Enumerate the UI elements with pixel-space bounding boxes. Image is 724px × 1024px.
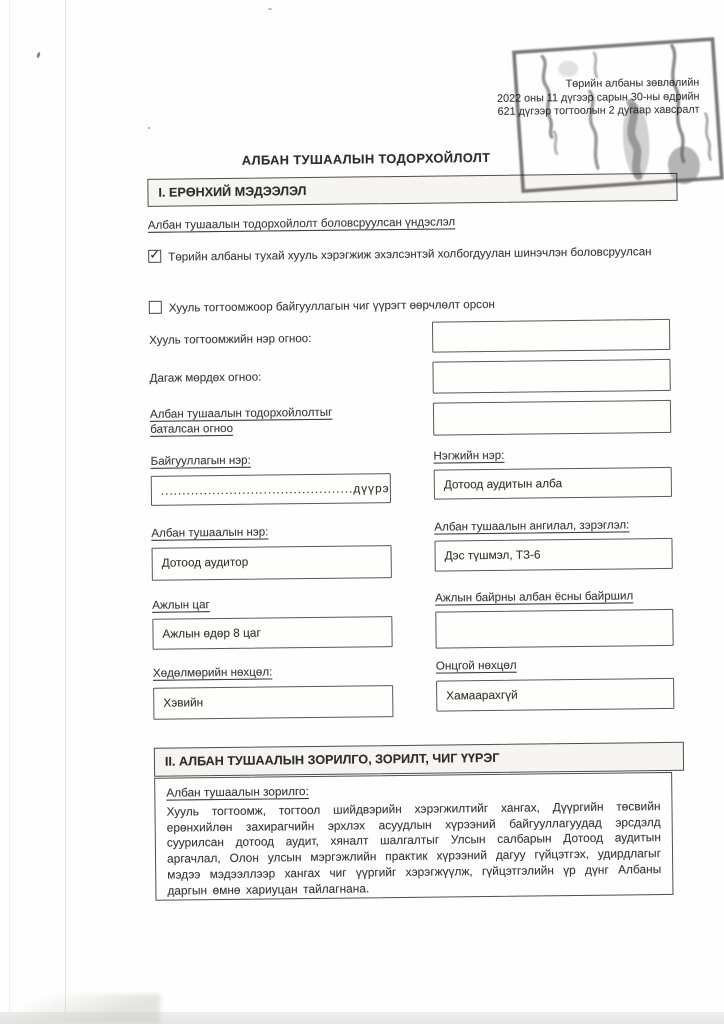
- field-box-classification: Дэс түшмэл, ТЗ-6: [434, 538, 672, 572]
- stamp-graphic: [508, 29, 724, 211]
- field-label-classification: Албан тушаалын ангилал, зэрэглэл:: [434, 517, 629, 534]
- field-box-org-name: ........................................…: [151, 473, 391, 506]
- checkbox-checked-icon: ✓: [148, 250, 161, 263]
- field-box-labor-conditions: Хэвийн: [153, 685, 393, 720]
- section-2-header: II. АЛБАН ТУШААЛЫН ЗОРИЛГО, ЗОРИЛТ, ЧИГ …: [154, 742, 684, 777]
- checkbox-label: Хууль тогтоомжоор байгууллагын чиг үүрэг…: [169, 298, 495, 315]
- field-label-org-name: Байгууллагын нэр:: [150, 453, 250, 469]
- field-box-work-hours: Ажлын өдөр 8 цаг: [152, 616, 392, 650]
- field-box-unit-name: Дотоод аудитын алба: [434, 467, 672, 500]
- field-label-approved-date: Албан тушаалын тодорхойлолтыг баталсан о…: [150, 404, 382, 437]
- field-label-special-conditions: Онцгой нөхцөл: [436, 658, 517, 674]
- field-label-law-name: Хууль тогтоомжийн нэр огноо:: [149, 331, 311, 348]
- page-title: АЛБАН ТУШААЛЫН ТОДОРХОЙЛОЛТ: [166, 149, 566, 169]
- checkbox-row-functions-changed: Хууль тогтоомжоор байгууллагын чиг үүрэг…: [149, 294, 654, 317]
- checkbox-row-renewed: ✓Төрийн албаны тухай хууль хэрэгжиж эхэл…: [148, 243, 653, 266]
- field-label-work-hours: Ажлын цаг: [152, 597, 210, 613]
- field-label-work-location: Ажлын байрны албан ёсны байршил: [435, 588, 633, 605]
- purpose-heading: Албан тушаалын зорилго:: [166, 780, 660, 800]
- field-box-follow-date: [432, 359, 670, 394]
- field-label-unit-name: Нэгжийн нэр:: [433, 448, 504, 464]
- field-label-position-name: Албан тушаалын нэр:: [151, 524, 268, 540]
- ink-stamp: [508, 29, 724, 211]
- scanned-document-page: Төрийн албаны зөвлөлийн 2022 оны 11 дүгэ…: [0, 0, 724, 1024]
- field-box-position-name: Дотоод аудитор: [152, 545, 392, 581]
- purpose-box: Албан тушаалын зорилго: Хууль тогтоомж, …: [154, 772, 673, 901]
- field-box-work-location: [435, 609, 673, 649]
- basis-heading: Албан тушаалын тодорхойлолт боловсруулса…: [148, 214, 455, 232]
- field-label-follow-date: Дагаж мөрдөх огноо:: [150, 370, 262, 386]
- field-box-special-conditions: Хамаарахгүй: [436, 678, 674, 712]
- checkbox-empty-icon: [149, 301, 162, 314]
- checkbox-label: Төрийн албаны тухай хууль хэрэгжиж эхэлс…: [168, 245, 651, 263]
- field-box-law-name: [432, 319, 670, 353]
- field-label-labor-conditions: Хөдөлмөрийн нөхцөл:: [153, 664, 272, 680]
- field-box-approved-date: [433, 400, 671, 436]
- purpose-text: Хууль тогтоомж, тогтоол шийдвэрийн хэрэг…: [166, 799, 661, 899]
- check-mark-icon: ✓: [149, 248, 160, 261]
